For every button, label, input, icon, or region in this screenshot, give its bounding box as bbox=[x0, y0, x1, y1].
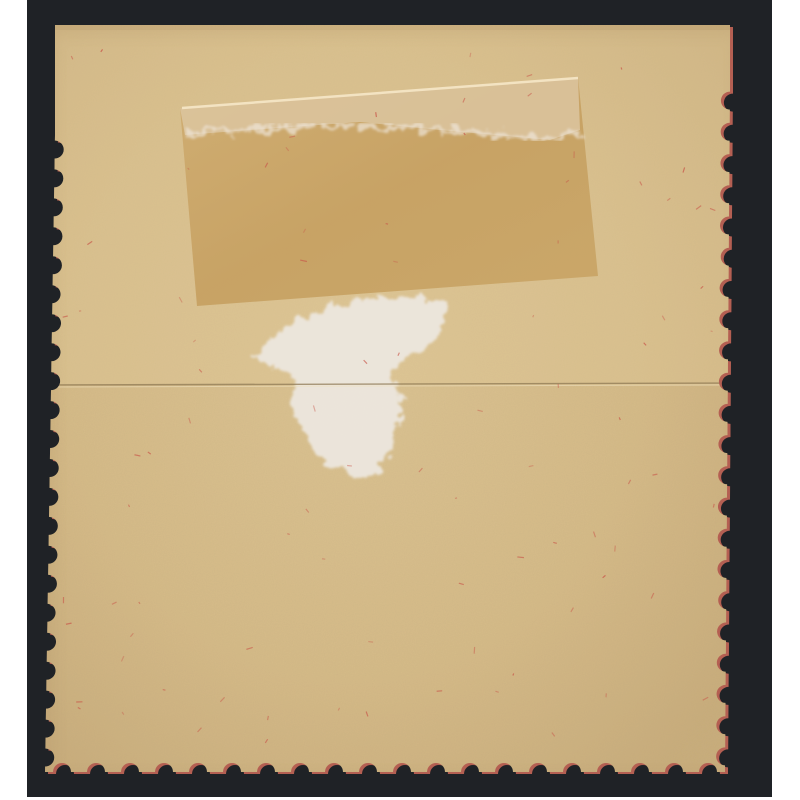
stamp-back bbox=[0, 0, 800, 800]
stamp-photo bbox=[0, 0, 800, 800]
hinge-remnant bbox=[180, 77, 598, 306]
